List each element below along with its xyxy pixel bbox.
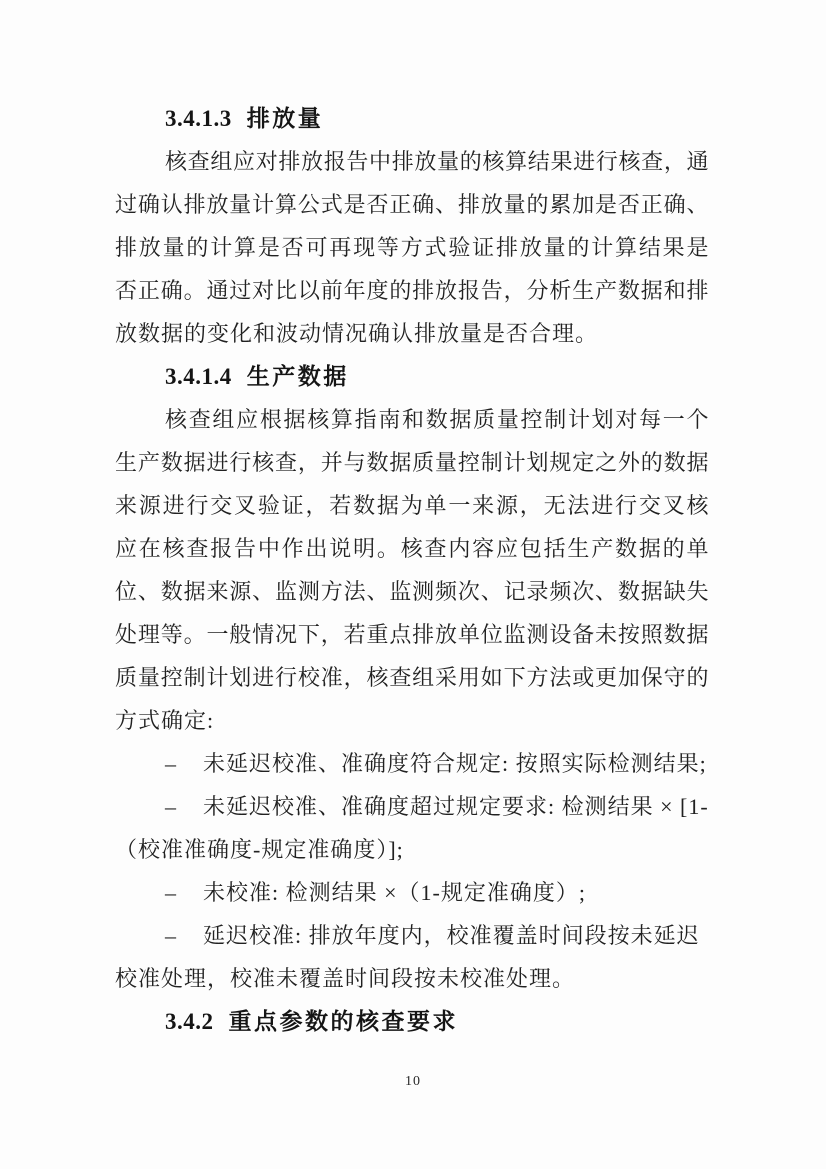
bullet-dash: – [165,785,203,828]
document-body: 3.4.1.3排放量核查组应对排放报告中排放量的核算结果进行核查，通过确认排放量… [115,97,709,1043]
list-item: –未延迟校准、准确度符合规定: 按照实际检测结果; [115,742,709,785]
section-number: 3.4.1.4 [165,364,232,389]
text-line: 来源进行交叉验证，若数据为单一来源，无法进行交叉核对， [115,484,709,527]
bullet-dash: – [165,871,203,914]
section-number: 3.4.1.3 [165,106,232,131]
list-item: –未校准: 检测结果 ×（1-规定准确度）; [115,871,709,914]
bullet-dash: – [165,742,203,785]
document-page: 3.4.1.3排放量核查组应对排放报告中排放量的核算结果进行核查，通过确认排放量… [0,0,826,1169]
text-line: 否正确。通过对比以前年度的排放报告，分析生产数据和排 [115,269,709,312]
text-line: 核查组应根据核算指南和数据质量控制计划对每一个 [115,398,709,441]
text-line: 校准处理，校准未覆盖时间段按未校准处理。 [115,957,709,1000]
section-title: 生产数据 [247,364,349,389]
text-line: 核查组应对排放报告中排放量的核算结果进行核查，通 [115,140,709,183]
section-title: 重点参数的核查要求 [229,1009,459,1034]
text-line: 处理等。一般情况下，若重点排放单位监测设备未按照数据 [115,613,709,656]
section-heading: 3.4.1.4生产数据 [115,355,709,398]
section-heading: 3.4.2重点参数的核查要求 [115,1000,709,1043]
section-heading: 3.4.1.3排放量 [115,97,709,140]
text-line: 排放量的计算是否可再现等方式验证排放量的计算结果是 [115,226,709,269]
section-title: 排放量 [247,106,324,131]
page-number: 10 [0,1070,826,1094]
list-item-text: 延迟校准: 排放年度内，校准覆盖时间段按未延迟 [203,914,709,957]
text-line: 质量控制计划进行校准，核查组采用如下方法或更加保守的 [115,656,709,699]
text-line: 应在核查报告中作出说明。核查内容应包括生产数据的单 [115,527,709,570]
text-line: 位、数据来源、监测方法、监测频次、记录频次、数据缺失 [115,570,709,613]
list-item: –延迟校准: 排放年度内，校准覆盖时间段按未延迟 [115,914,709,957]
list-item-text: 未延迟校准、准确度超过规定要求: 检测结果 × [1- [203,785,709,828]
section-number: 3.4.2 [165,1009,214,1034]
list-item-text: 未校准: 检测结果 ×（1-规定准确度）; [203,871,709,914]
text-line: 方式确定: [115,699,709,742]
text-line: 过确认排放量计算公式是否正确、排放量的累加是否正确、 [115,183,709,226]
text-line: 放数据的变化和波动情况确认排放量是否合理。 [115,312,709,355]
list-item: –未延迟校准、准确度超过规定要求: 检测结果 × [1- [115,785,709,828]
text-line: （校准准确度-规定准确度）]; [115,828,709,871]
text-line: 生产数据进行核查，并与数据质量控制计划规定之外的数据 [115,441,709,484]
bullet-dash: – [165,914,203,957]
list-item-text: 未延迟校准、准确度符合规定: 按照实际检测结果; [203,742,709,785]
